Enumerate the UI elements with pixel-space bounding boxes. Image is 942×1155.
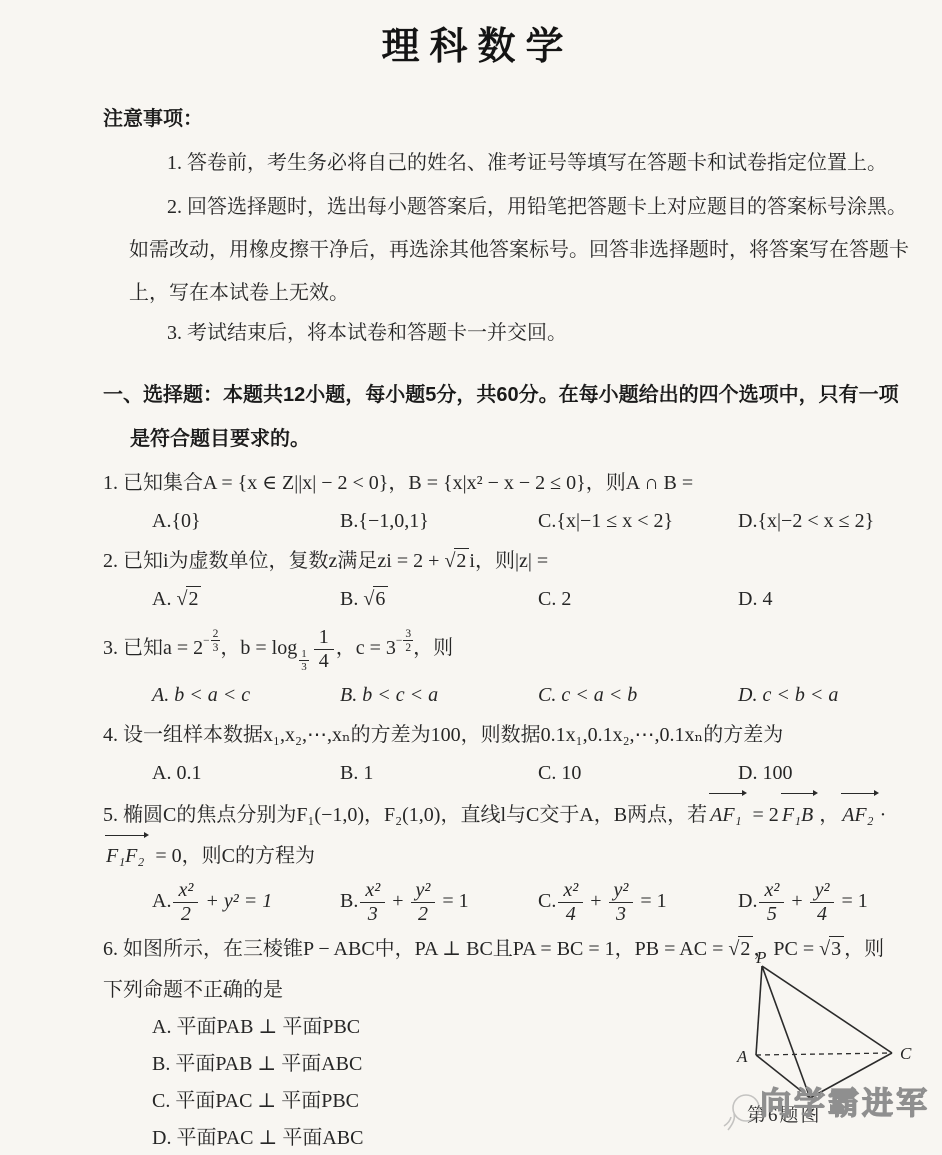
notice-item-2-line-2: 如需改动，用橡皮擦干净后，再选涂其他答案标号。回答非选择题时，将答案写在答题卡 xyxy=(103,229,912,272)
notice-item-2-line-1: 2. 回答选择题时，选出每小题答案后，用铅笔把答题卡上对应题目的答案标号涂黑。 xyxy=(103,186,912,229)
q6-option-d: D. 平面PAC ⊥ 平面ABC xyxy=(103,1120,712,1155)
exponent-fraction: 32 xyxy=(403,628,413,654)
exam-paper-page: 理科数学 注意事项： 1. 答卷前，考生务必将自己的姓名、准考证号等填写在答题卡… xyxy=(0,0,942,1155)
q3-option-d: D. c < b < a xyxy=(738,677,912,713)
q2-option-a: A. √2 xyxy=(152,581,340,617)
question-5-options: A.x²2 + y² = 1 B.x²3 + y²2 = 1 C.x²4 + y… xyxy=(103,875,912,927)
fraction: x²2 xyxy=(173,880,198,925)
question-2-options: A. √2 B. √6 C. 2 D. 4 xyxy=(103,581,912,617)
question-3-stem: 3. 已知a = 2−23，b = log1314，c = 3−32，则 xyxy=(103,619,912,677)
q3-mid2: ，c = 3 xyxy=(336,637,396,659)
q3-option-b: B. b < c < a xyxy=(340,677,538,713)
q2-option-b: B. √6 xyxy=(340,581,538,617)
question-4-options: A. 0.1 B. 1 C. 10 D. 100 xyxy=(103,755,912,791)
q5-prefix: 5. 椭圆C的焦点分别为F₁(−1,0)，F₂(1,0)，直线l与C交于A，B两… xyxy=(103,804,707,826)
q1-option-a: A.{0} xyxy=(152,503,340,539)
q6-option-c: C. 平面PAC ⊥ 平面PBC xyxy=(103,1083,712,1120)
vertex-label-A: A xyxy=(736,1047,748,1066)
question-1-stem: 1. 已知集合A = {x ∈ Z||x| − 2 < 0}，B = {x|x²… xyxy=(103,463,912,503)
q4-option-c: C. 10 xyxy=(538,755,738,791)
fraction: x²5 xyxy=(759,880,784,925)
page-title: 理科数学 xyxy=(103,24,912,70)
vector-F1B: F₁B xyxy=(781,793,817,835)
notice-item-2: 2. 回答选择题时，选出每小题答案后，用铅笔把答题卡上对应题目的答案标号涂黑。 … xyxy=(103,186,912,315)
square-root: √2 xyxy=(176,588,201,610)
q2-option-d: D. 4 xyxy=(738,581,912,617)
question-3-options: A. b < a < c B. b < c < a C. c < a < b D… xyxy=(103,677,912,713)
fraction: x²3 xyxy=(360,880,385,925)
q3-option-c: C. c < a < b xyxy=(538,677,738,713)
q2-stem-suffix: i，则|z| = xyxy=(469,550,548,572)
q1-option-b: B.{−1,0,1} xyxy=(340,503,538,539)
question-4-stem: 4. 设一组样本数据x₁,x₂,⋯,xₙ的方差为100，则数据0.1x₁,0.1… xyxy=(103,715,912,755)
q6-option-a: A. 平面PAB ⊥ 平面PBC xyxy=(103,1009,712,1046)
fraction: x²4 xyxy=(558,880,583,925)
q6-option-b: B. 平面PAB ⊥ 平面ABC xyxy=(103,1046,712,1083)
exponent: −32 xyxy=(396,635,413,647)
q4-option-d: D. 100 xyxy=(738,755,912,791)
exponent-fraction: 23 xyxy=(211,628,221,654)
vector-AF2: AF₂ xyxy=(841,793,877,835)
fraction: y²4 xyxy=(810,880,835,925)
question-5-stem-line-1: 5. 椭圆C的焦点分别为F₁(−1,0)，F₂(1,0)，直线l与C交于A，B两… xyxy=(103,793,912,835)
q5-option-b: B.x²3 + y²2 = 1 xyxy=(340,875,538,927)
q2-option-c: C. 2 xyxy=(538,581,738,617)
fraction: y²2 xyxy=(411,880,436,925)
notice-item-2-line-3: 上，写在本试卷上无效。 xyxy=(103,272,912,315)
watermark-text: 向学霸进军 xyxy=(760,1078,930,1123)
q3-option-a: A. b < a < c xyxy=(152,677,340,713)
section-1-heading-line-2: 是符合题目要求的。 xyxy=(103,417,912,461)
vector-AF1: AF₁ xyxy=(709,793,745,835)
q2-sqrt-radicand: 2 xyxy=(454,548,469,572)
exponent: −23 xyxy=(203,635,220,647)
notice-heading: 注意事项： xyxy=(103,106,912,132)
question-2-stem: 2. 已知i为虚数单位，复数z满足zi = 2 + √2i，则|z| = xyxy=(103,541,912,581)
q5-option-c: C.x²4 + y²3 = 1 xyxy=(538,875,738,927)
log-base-fraction: 13 xyxy=(297,655,311,667)
q3-mid1: ，b = log xyxy=(220,637,297,659)
vertex-label-C: C xyxy=(900,1044,912,1063)
q1-option-d: D.{x|−2 < x ≤ 2} xyxy=(738,503,912,539)
q3-prefix: 3. 已知a = 2 xyxy=(103,637,203,659)
square-root: √6 xyxy=(363,588,388,610)
q5-option-a: A.x²2 + y² = 1 xyxy=(152,875,340,927)
q1-option-c: C.{x|−1 ≤ x < 2} xyxy=(538,503,738,539)
vertex-label-P: P xyxy=(755,952,766,967)
section-1-heading-line-1: 一、选择题：本题共12小题，每小题5分，共60分。在每小题给出的四个选项中，只有… xyxy=(103,373,912,417)
q2-stem-prefix: 2. 已知i为虚数单位，复数z满足zi = 2 + xyxy=(103,550,444,572)
q3-suffix: ，则 xyxy=(413,637,453,659)
q4-option-a: A. 0.1 xyxy=(152,755,340,791)
log-argument-fraction: 14 xyxy=(314,627,334,672)
vector-F1F2: F₁F₂ xyxy=(105,835,148,875)
emphasized-text: 不正确 xyxy=(183,979,243,1001)
q6-prefix: 6. 如图所示，在三棱锥P − ABC中，PA ⊥ BC且PA = BC = 1… xyxy=(103,938,728,960)
q5-option-d: D.x²5 + y²4 = 1 xyxy=(738,875,912,927)
notice-item-3: 3. 考试结束后，将本试卷和答题卡一并交回。 xyxy=(103,317,912,349)
notice-item-1: 1. 答卷前，考生务必将自己的姓名、准考证号等填写在答题卡和试卷指定位置上。 xyxy=(103,148,912,178)
fraction: y²3 xyxy=(609,880,634,925)
question-5-stem-line-2: F₁F₂ = 0，则C的方程为 xyxy=(103,835,912,875)
section-1-heading: 一、选择题：本题共12小题，每小题5分，共60分。在每小题给出的四个选项中，只有… xyxy=(103,373,912,461)
square-root: √2 xyxy=(444,550,469,572)
q4-option-b: B. 1 xyxy=(340,755,538,791)
question-1-options: A.{0} B.{−1,0,1} C.{x|−1 ≤ x < 2} D.{x|−… xyxy=(103,503,912,539)
